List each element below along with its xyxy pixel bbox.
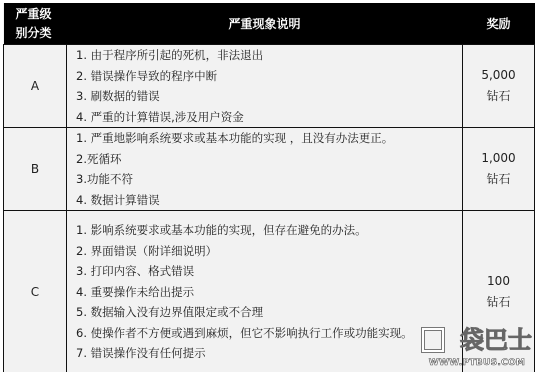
description-cell: 1. 严重地影响系统要求或基本功能的实现 ，且没有办法更正。 2.死循环 3.功… <box>67 128 463 211</box>
header-reward: 奖励 <box>463 3 535 45</box>
description-item: 6. 使操作者不方便或遇到麻烦，但它不影响执行工作或功能实现。 <box>76 323 462 344</box>
reward-unit: 钻石 <box>463 86 534 107</box>
header-severity-level-line1: 严重级 <box>16 5 67 24</box>
description-item: 2. 界面错误（附详细说明） <box>76 241 462 262</box>
description-item: 4. 严重的计算错误,涉及用户资金 <box>76 107 462 128</box>
severity-table: 严重级 别分类 严重现象说明 奖励 A 1. 由于程序所引起的死机，非法退出 2… <box>3 3 535 372</box>
header-description: 严重现象说明 <box>67 3 463 45</box>
description-item: 2.死循环 <box>76 149 462 170</box>
header-severity-level-line2: 别分类 <box>16 24 67 43</box>
table-row-c: C 1. 影响系统要求或基本功能的实现，但存在避免的办法。 2. 界面错误（附详… <box>4 211 535 372</box>
description-item: 3. 刷数据的错误 <box>76 86 462 107</box>
description-item: 3.功能不符 <box>76 169 462 190</box>
reward-amount: 1,000 <box>463 148 534 169</box>
description-item: 5. 数据输入没有边界值限定或不合理 <box>76 302 462 323</box>
reward-unit: 钻石 <box>463 169 534 190</box>
reward-cell: 100 钻石 <box>463 211 535 372</box>
grade-cell: A <box>4 45 67 128</box>
reward-cell: 5,000 钻石 <box>463 45 535 128</box>
header-severity-level: 严重级 别分类 <box>4 3 67 45</box>
reward-unit: 钻石 <box>463 292 534 313</box>
severity-table-container: 严重级 别分类 严重现象说明 奖励 A 1. 由于程序所引起的死机，非法退出 2… <box>3 3 534 369</box>
description-item: 1. 严重地影响系统要求或基本功能的实现 ，且没有办法更正。 <box>76 128 462 149</box>
description-cell: 1. 由于程序所引起的死机，非法退出 2. 错误操作导致的程序中断 3. 刷数据… <box>67 45 463 128</box>
grade-cell: C <box>4 211 67 372</box>
description-item: 1. 由于程序所引起的死机，非法退出 <box>76 45 462 66</box>
description-item: 4. 重要操作未给出提示 <box>76 282 462 303</box>
reward-cell: 1,000 钻石 <box>463 128 535 211</box>
table-row-b: B 1. 严重地影响系统要求或基本功能的实现 ，且没有办法更正。 2.死循环 3… <box>4 128 535 211</box>
table-header-row: 严重级 别分类 严重现象说明 奖励 <box>4 3 535 45</box>
description-item: 3. 打印内容、格式错误 <box>76 261 462 282</box>
description-item: 7. 错误操作没有任何提示 <box>76 343 462 364</box>
description-item: 4. 数据计算错误 <box>76 190 462 211</box>
grade-cell: B <box>4 128 67 211</box>
table-row-a: A 1. 由于程序所引起的死机，非法退出 2. 错误操作导致的程序中断 3. 刷… <box>4 45 535 128</box>
reward-amount: 5,000 <box>463 65 534 86</box>
description-item: 1. 影响系统要求或基本功能的实现，但存在避免的办法。 <box>76 220 462 241</box>
reward-amount: 100 <box>463 271 534 292</box>
description-cell: 1. 影响系统要求或基本功能的实现，但存在避免的办法。 2. 界面错误（附详细说… <box>67 211 463 372</box>
description-item: 2. 错误操作导致的程序中断 <box>76 66 462 87</box>
